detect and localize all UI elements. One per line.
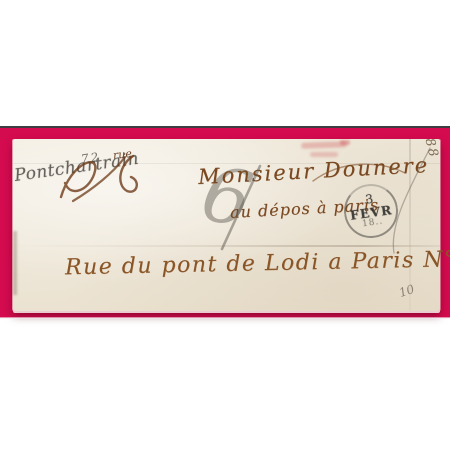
tax-slash [222, 166, 260, 249]
pencil-curve [393, 148, 430, 253]
paraph-stroke [73, 157, 125, 201]
ink-flourishes [13, 139, 440, 311]
letter-photo[interactable]: 72 Pontchartrain rue 6 Monsieur Dounere … [13, 139, 440, 311]
name-flourish [313, 164, 405, 181]
paraph-loop [61, 162, 95, 197]
magenta-mat: 72 Pontchartrain rue 6 Monsieur Dounere … [0, 126, 450, 318]
photo-stage: 72 Pontchartrain rue 6 Monsieur Dounere … [0, 0, 450, 450]
